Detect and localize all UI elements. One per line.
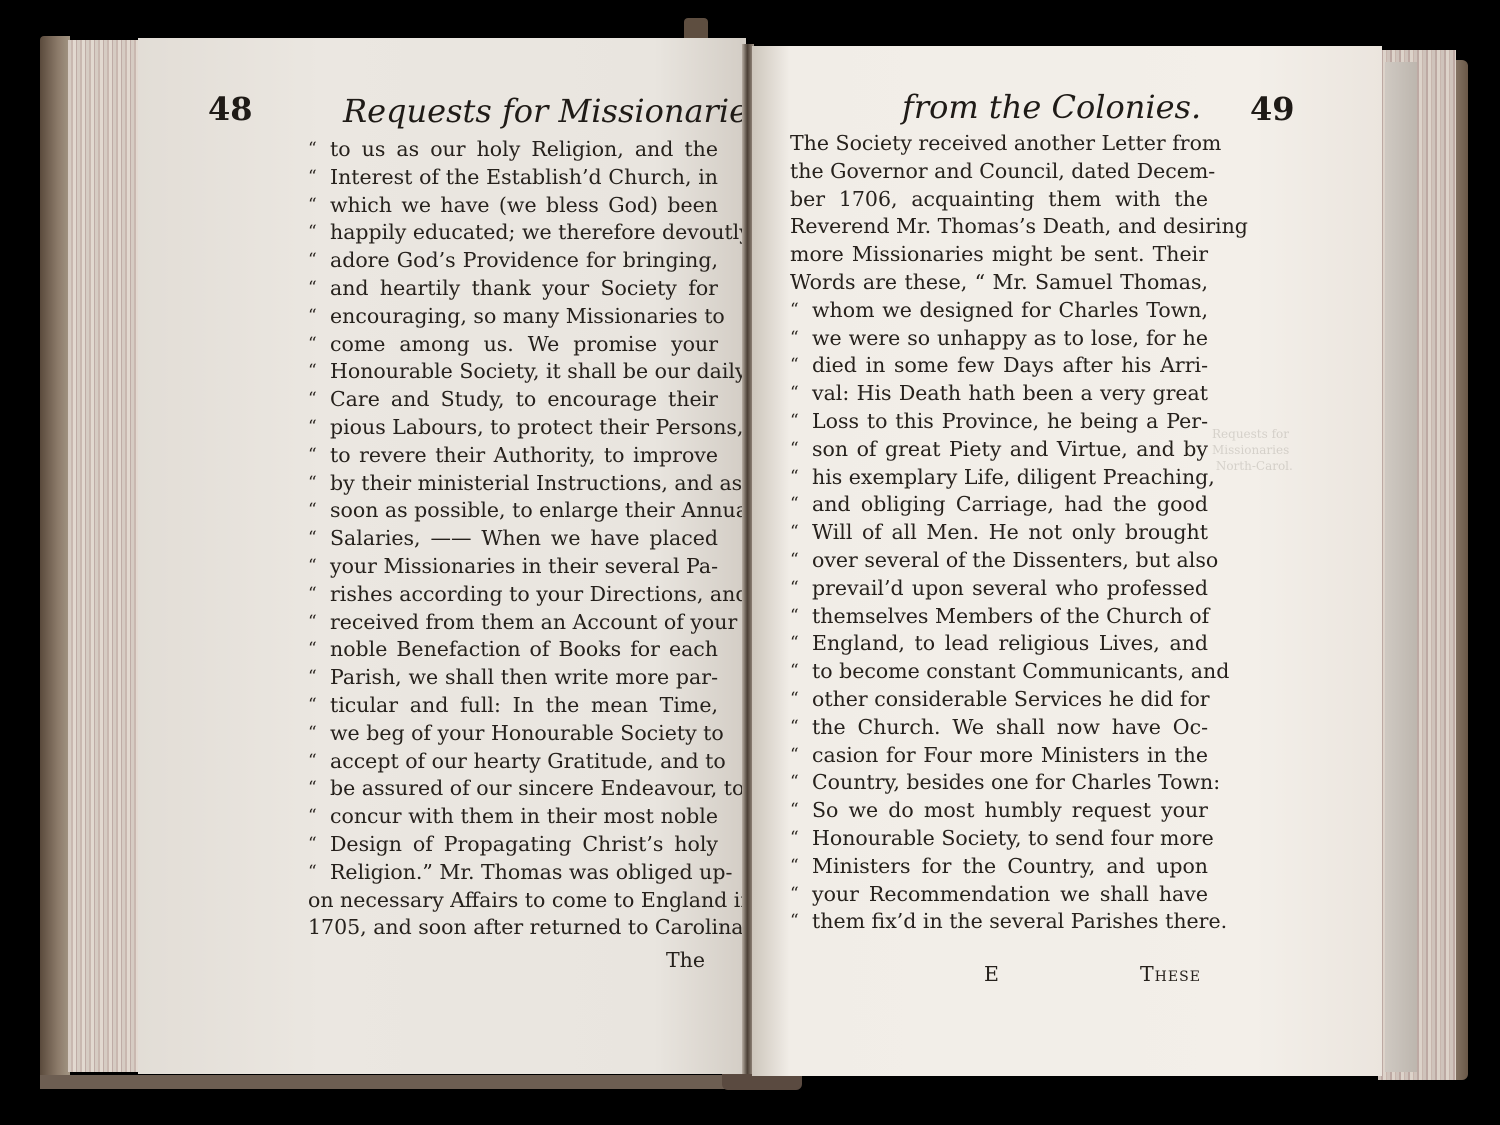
quote-mark: “: [790, 519, 812, 547]
text-line: “Ministers for the Country, and upon: [790, 853, 1208, 881]
quote-mark: “: [308, 136, 330, 164]
line-text: your Recommendation we shall have: [812, 881, 1208, 909]
line-text: them fix’d in the several Parishes there…: [812, 908, 1227, 936]
quote-mark: “: [790, 408, 812, 436]
quote-mark: “: [790, 881, 812, 909]
text-line: more Missionaries might be sent. Their: [790, 241, 1208, 269]
left-page: 48 Requests for Missionaries “to us as o…: [138, 38, 746, 1074]
line-text: the Church. We shall now have Oc-: [812, 714, 1208, 742]
text-line: “accept of our hearty Gratitude, and to: [308, 748, 718, 776]
spine-tailband: [722, 1074, 802, 1090]
quote-mark: “: [790, 658, 812, 686]
text-line: “pious Labours, to protect their Persons…: [308, 414, 718, 442]
line-text: and obliging Carriage, had the good: [812, 491, 1208, 519]
line-text: ticular and full: In the mean Time,: [330, 692, 718, 720]
line-text: whom we designed for Charles Town,: [812, 297, 1208, 325]
quote-mark: “: [308, 525, 330, 553]
quote-mark: “: [308, 581, 330, 609]
text-line: “themselves Members of the Church of: [790, 603, 1208, 631]
line-text: on necessary Affairs to come to England …: [308, 887, 754, 915]
page-edges-right-inner: [1385, 62, 1417, 1072]
quote-mark: “: [308, 192, 330, 220]
line-text: we were so unhappy as to lose, for he: [812, 325, 1208, 353]
body-text: “to us as our holy Religion, and the“Int…: [308, 136, 718, 942]
quote-mark: “: [308, 219, 330, 247]
quote-mark: “: [308, 636, 330, 664]
line-text: son of great Piety and Virtue, and by: [812, 436, 1208, 464]
page-edges-left: [68, 40, 140, 1072]
text-line: “noble Benefaction of Books for each: [308, 636, 718, 664]
line-text: Care and Study, to encourage their: [330, 386, 718, 414]
quote-mark: “: [308, 553, 330, 581]
line-text: concur with them in their most noble: [330, 803, 718, 831]
text-line: “and obliging Carriage, had the good: [790, 491, 1208, 519]
quote-mark: “: [790, 853, 812, 881]
text-line: Reverend Mr. Thomas’s Death, and desirin…: [790, 213, 1208, 241]
text-line: “son of great Piety and Virtue, and by: [790, 436, 1208, 464]
body-text: The Society received another Letter from…: [790, 130, 1208, 936]
show-through-text: Requests forMissionaries North-Carol.: [1212, 426, 1293, 474]
quote-mark: “: [308, 497, 330, 525]
line-text: casion for Four more Ministers in the: [812, 742, 1208, 770]
line-text: Interest of the Establish’d Church, in: [330, 164, 718, 192]
quote-mark: “: [308, 775, 330, 803]
line-text: adore God’s Providence for bringing,: [330, 247, 718, 275]
quote-mark: “: [308, 164, 330, 192]
text-line: “died in some few Days after his Arri-: [790, 352, 1208, 380]
text-line: “concur with them in their most noble: [308, 803, 718, 831]
text-line: “ticular and full: In the mean Time,: [308, 692, 718, 720]
text-line: “Parish, we shall then write more par-: [308, 664, 718, 692]
line-text: your Missionaries in their several Pa-: [330, 553, 718, 581]
line-text: Honourable Society, it shall be our dail…: [330, 358, 747, 386]
line-text: the Governor and Council, dated Decem-: [790, 158, 1215, 186]
text-line: “casion for Four more Ministers in the: [790, 742, 1208, 770]
text-line: “Loss to this Province, he being a Per-: [790, 408, 1208, 436]
text-line: “Care and Study, to encourage their: [308, 386, 718, 414]
quote-mark: “: [308, 859, 330, 887]
line-text: noble Benefaction of Books for each: [330, 636, 718, 664]
line-text: Parish, we shall then write more par-: [330, 664, 718, 692]
line-text: Religion.” Mr. Thomas was obliged up-: [330, 859, 732, 887]
line-text: encouraging, so many Missionaries to: [330, 303, 725, 331]
text-line: “his exemplary Life, diligent Preaching,: [790, 464, 1208, 492]
line-text: more Missionaries might be sent. Their: [790, 241, 1208, 269]
text-line: “to revere their Authority, to improve: [308, 442, 718, 470]
text-line: “soon as possible, to enlarge their Annu…: [308, 497, 718, 525]
line-text: soon as possible, to enlarge their Annua…: [330, 497, 755, 525]
quote-mark: “: [790, 825, 812, 853]
line-text: themselves Members of the Church of: [812, 603, 1209, 631]
quote-mark: “: [790, 603, 812, 631]
line-text: died in some few Days after his Arri-: [812, 352, 1208, 380]
quote-mark: “: [308, 470, 330, 498]
text-line: “whom we designed for Charles Town,: [790, 297, 1208, 325]
text-line: “be assured of our sincere Endeavour, to: [308, 775, 718, 803]
text-line: “received from them an Account of your: [308, 609, 718, 637]
line-text: prevail’d upon several who professed: [812, 575, 1208, 603]
text-line: “other considerable Services he did for: [790, 686, 1208, 714]
quote-mark: “: [308, 247, 330, 275]
line-text: other considerable Services he did for: [812, 686, 1210, 714]
quote-mark: “: [308, 358, 330, 386]
quote-mark: “: [790, 436, 812, 464]
text-line: “happily educated; we therefore devoutly: [308, 219, 718, 247]
text-line: “Will of all Men. He not only brought: [790, 519, 1208, 547]
text-line: “So we do most humbly request your: [790, 797, 1208, 825]
text-line: the Governor and Council, dated Decem-: [790, 158, 1208, 186]
quote-mark: “: [308, 720, 330, 748]
quote-mark: “: [790, 797, 812, 825]
quote-mark: “: [308, 275, 330, 303]
text-line: “we beg of your Honourable Society to: [308, 720, 718, 748]
text-line: “rishes according to your Directions, an…: [308, 581, 718, 609]
running-head: from the Colonies.: [902, 88, 1201, 126]
signature-mark: E: [984, 962, 999, 986]
quote-mark: “: [308, 414, 330, 442]
quote-mark: “: [308, 303, 330, 331]
quote-mark: “: [308, 803, 330, 831]
line-text: which we have (we bless God) been: [330, 192, 718, 220]
text-line: “your Missionaries in their several Pa-: [308, 553, 718, 581]
text-line: “Religion.” Mr. Thomas was obliged up-: [308, 859, 718, 887]
quote-mark: “: [790, 380, 812, 408]
line-text: Design of Propagating Christ’s holy: [330, 831, 718, 859]
line-text: Will of all Men. He not only brought: [812, 519, 1208, 547]
quote-mark: “: [308, 748, 330, 776]
line-text: Words are these, “ Mr. Samuel Thomas,: [790, 269, 1208, 297]
text-line: The Society received another Letter from: [790, 130, 1208, 158]
page-number: 48: [208, 90, 253, 128]
quote-mark: “: [308, 664, 330, 692]
line-text: Loss to this Province, he being a Per-: [812, 408, 1208, 436]
quote-mark: “: [790, 575, 812, 603]
quote-mark: “: [790, 464, 812, 492]
quote-mark: “: [790, 491, 812, 519]
text-line: “which we have (we bless God) been: [308, 192, 718, 220]
text-line: “them fix’d in the several Parishes ther…: [790, 908, 1208, 936]
line-text: to become constant Communicants, and: [812, 658, 1229, 686]
quote-mark: “: [790, 547, 812, 575]
line-text: The Society received another Letter from: [790, 130, 1221, 158]
line-text: Ministers for the Country, and upon: [812, 853, 1208, 881]
text-line: ber 1706, acquainting them with the: [790, 186, 1208, 214]
text-line: Words are these, “ Mr. Samuel Thomas,: [790, 269, 1208, 297]
text-line: “Salaries, —— When we have placed: [308, 525, 718, 553]
quote-mark: “: [790, 630, 812, 658]
text-line: “your Recommendation we shall have: [790, 881, 1208, 909]
line-text: Reverend Mr. Thomas’s Death, and desirin…: [790, 213, 1248, 241]
line-text: 1705, and soon after returned to Carolin…: [308, 914, 750, 942]
text-line: “we were so unhappy as to lose, for he: [790, 325, 1208, 353]
quote-mark: “: [308, 692, 330, 720]
line-text: to us as our holy Religion, and the: [330, 136, 718, 164]
quote-mark: “: [308, 831, 330, 859]
text-line: “prevail’d upon several who professed: [790, 575, 1208, 603]
text-line: “encouraging, so many Missionaries to: [308, 303, 718, 331]
text-line: “over several of the Dissenters, but als…: [790, 547, 1208, 575]
quote-mark: “: [790, 352, 812, 380]
line-text: accept of our hearty Gratitude, and to: [330, 748, 726, 776]
line-text: happily educated; we therefore devoutly: [330, 219, 751, 247]
quote-mark: “: [308, 442, 330, 470]
text-line: “Honourable Society, it shall be our dai…: [308, 358, 718, 386]
line-text: come among us. We promise your: [330, 331, 718, 359]
line-text: and heartily thank your Society for: [330, 275, 718, 303]
quote-mark: “: [790, 742, 812, 770]
line-text: Salaries, —— When we have placed: [330, 525, 718, 553]
text-line: on necessary Affairs to come to England …: [308, 887, 718, 915]
line-text: Country, besides one for Charles Town:: [812, 769, 1220, 797]
line-text: ber 1706, acquainting them with the: [790, 186, 1208, 214]
text-line: “by their ministerial Instructions, and …: [308, 470, 718, 498]
text-line: “adore God’s Providence for bringing,: [308, 247, 718, 275]
quote-mark: “: [790, 297, 812, 325]
text-line: “to us as our holy Religion, and the: [308, 136, 718, 164]
quote-mark: “: [308, 609, 330, 637]
text-line: “Country, besides one for Charles Town:: [790, 769, 1208, 797]
quote-mark: “: [790, 769, 812, 797]
cover-board-bottom: [40, 1075, 760, 1089]
text-line: “Honourable Society, to send four more: [790, 825, 1208, 853]
text-line: “Design of Propagating Christ’s holy: [308, 831, 718, 859]
line-text: his exemplary Life, diligent Preaching,: [812, 464, 1215, 492]
quote-mark: “: [308, 331, 330, 359]
text-line: “val: His Death hath been a very great: [790, 380, 1208, 408]
catchword: The: [666, 948, 705, 972]
line-text: received from them an Account of your: [330, 609, 737, 637]
catchword: These: [1140, 962, 1201, 986]
text-line: “come among us. We promise your: [308, 331, 718, 359]
line-text: over several of the Dissenters, but also: [812, 547, 1218, 575]
text-line: “England, to lead religious Lives, and: [790, 630, 1208, 658]
quote-mark: “: [790, 908, 812, 936]
quote-mark: “: [790, 714, 812, 742]
cover-board-left: [40, 36, 70, 1088]
line-text: be assured of our sincere Endeavour, to: [330, 775, 744, 803]
line-text: Honourable Society, to send four more: [812, 825, 1214, 853]
running-head: Requests for Missionaries: [343, 92, 764, 130]
text-line: “to become constant Communicants, and: [790, 658, 1208, 686]
quote-mark: “: [790, 325, 812, 353]
right-page: Requests forMissionaries North-Carol. fr…: [752, 46, 1382, 1076]
open-book: 48 Requests for Missionaries “to us as o…: [0, 0, 1500, 1125]
text-line: “and heartily thank your Society for: [308, 275, 718, 303]
line-text: to revere their Authority, to improve: [330, 442, 718, 470]
quote-mark: “: [790, 686, 812, 714]
line-text: by their ministerial Instructions, and a…: [330, 470, 742, 498]
line-text: val: His Death hath been a very great: [812, 380, 1208, 408]
text-line: 1705, and soon after returned to Carolin…: [308, 914, 718, 942]
line-text: pious Labours, to protect their Persons,: [330, 414, 743, 442]
text-line: “Interest of the Establish’d Church, in: [308, 164, 718, 192]
line-text: So we do most humbly request your: [812, 797, 1208, 825]
line-text: England, to lead religious Lives, and: [812, 630, 1208, 658]
text-line: “the Church. We shall now have Oc-: [790, 714, 1208, 742]
page-number: 49: [1250, 90, 1295, 128]
quote-mark: “: [308, 386, 330, 414]
line-text: rishes according to your Directions, and: [330, 581, 748, 609]
line-text: we beg of your Honourable Society to: [330, 720, 724, 748]
